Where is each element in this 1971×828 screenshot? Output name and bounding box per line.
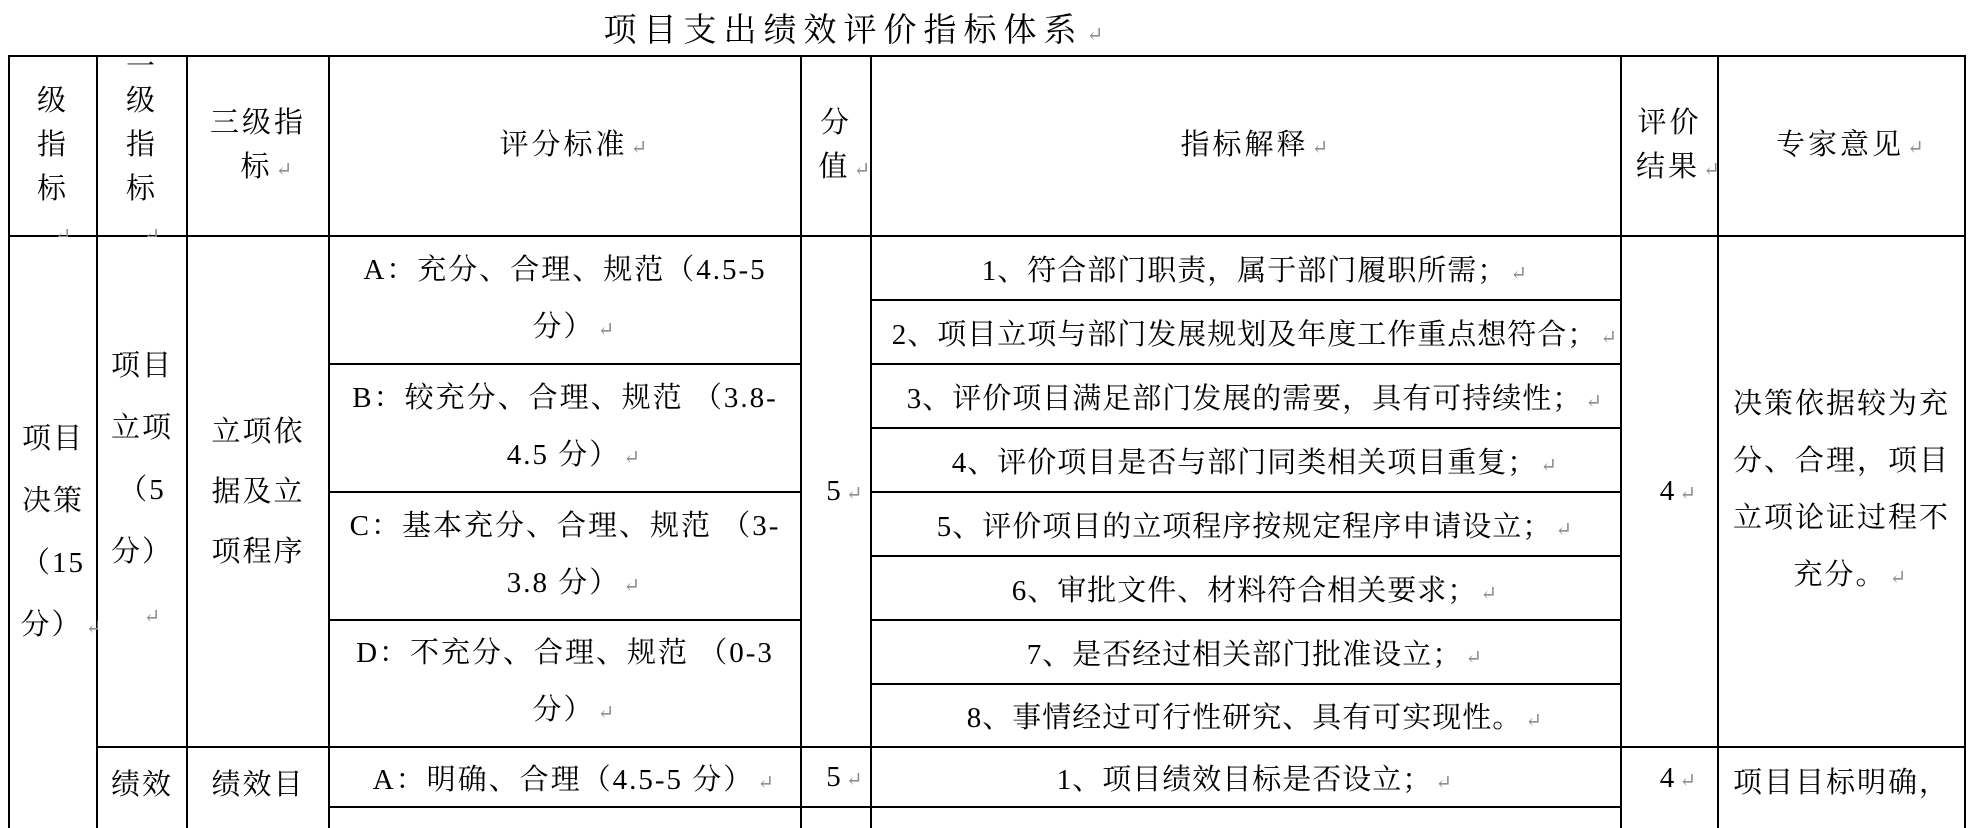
result-text: 4 bbox=[1660, 475, 1677, 507]
explanation-performance-1-text: 1、项目绩效目标是否设立； bbox=[1057, 764, 1433, 796]
cell-explanation-2: 2、项目立项与部门发展规划及年度工作重点想符合；↵ bbox=[872, 301, 1622, 365]
paragraph-mark-icon: ↵ bbox=[620, 558, 623, 615]
paragraph-mark-icon: ↵ bbox=[1537, 453, 1540, 478]
paragraph-mark-icon: ↵ bbox=[1084, 22, 1087, 47]
header-level2: 二级指标↵ bbox=[98, 57, 188, 237]
expert-performance-text: 项目目标明确， bbox=[1733, 767, 1950, 799]
header-result: 评价结果↵ bbox=[1622, 57, 1719, 237]
cell-result-initiation: 4↵ bbox=[1622, 237, 1719, 748]
paragraph-mark-icon: ↵ bbox=[141, 586, 144, 648]
paragraph-mark-icon: ↵ bbox=[1887, 550, 1890, 607]
paragraph-mark-icon: ↵ bbox=[1432, 770, 1435, 795]
cell-score-performance: 5↵ bbox=[802, 748, 872, 808]
cell-explanation-8: 8、事情经过可行性研究、具有可实现性。↵ bbox=[872, 685, 1622, 748]
cell-level3-performance: 绩效目 bbox=[188, 748, 330, 828]
cell-criteria-a: A：充分、合理、规范（4.5-5 分）↵ bbox=[330, 237, 802, 365]
paragraph-mark-icon: ↵ bbox=[628, 126, 631, 170]
cell-criteria-b: B：较充分、合理、规范 （3.8-4.5 分）↵ bbox=[330, 365, 802, 493]
indicator-table: 一级指标↵ 二级指标↵ 三级指标↵ 评分标准↵ 分值↵ 指标解释↵ 评价结果↵ … bbox=[8, 55, 1966, 828]
header-scoring-text: 评分标准 bbox=[499, 129, 627, 161]
level3-text: 立项依据及立项程序 bbox=[211, 416, 304, 568]
cell-criteria-a-performance: A：明确、合理（4.5-5 分）↵ bbox=[330, 748, 802, 808]
level2-text: 项目立项（5 分） bbox=[111, 350, 173, 568]
header-scoring: 评分标准↵ bbox=[330, 57, 802, 237]
criteria-a-text: A：充分、合理、规范（4.5-5 分） bbox=[363, 254, 766, 343]
score-performance-text: 5 bbox=[826, 761, 843, 793]
cell-criteria-d: D：不充分、合理、规范 （0-3 分）↵ bbox=[330, 621, 802, 748]
cell-explanation-performance-1: 1、项目绩效目标是否设立；↵ bbox=[872, 748, 1622, 808]
cell-criteria-c: C：基本充分、合理、规范 （3-3.8 分）↵ bbox=[330, 493, 802, 621]
document-page: 项目支出绩效评价指标体系↵ 一级指标↵ 二级指标↵ 三级指标↵ 评分标准↵ 分值… bbox=[0, 0, 1971, 828]
result-performance-text: 4 bbox=[1660, 762, 1677, 794]
explanation-3-text: 3、评价项目满足部门发展的需要，具有可持续性； bbox=[907, 383, 1583, 415]
paragraph-mark-icon: ↵ bbox=[1904, 126, 1907, 170]
paragraph-mark-icon: ↵ bbox=[595, 302, 598, 359]
paragraph-mark-icon: ↵ bbox=[1676, 768, 1679, 793]
explanation-4-text: 4、评价项目是否与部门同类相关项目重复； bbox=[952, 447, 1538, 479]
paragraph-mark-icon: ↵ bbox=[273, 148, 276, 192]
paragraph-mark-icon: ↵ bbox=[843, 481, 846, 506]
explanation-5-text: 5、评价项目的立项程序按规定程序申请设立； bbox=[937, 511, 1553, 543]
paragraph-mark-icon: ↵ bbox=[1700, 148, 1703, 192]
level3-performance-text: 绩效目 bbox=[211, 769, 304, 801]
header-expert-text: 专家意见 bbox=[1776, 129, 1904, 161]
paragraph-mark-icon: ↵ bbox=[1552, 517, 1555, 542]
cell-score-initiation: 5↵ bbox=[802, 237, 872, 748]
header-score-text: 分值 bbox=[818, 107, 852, 183]
header-expert: 专家意见↵ bbox=[1719, 57, 1966, 237]
header-level1: 一级指标↵ bbox=[10, 57, 98, 237]
paragraph-mark-icon: ↵ bbox=[595, 685, 598, 742]
cell-expert-performance: 项目目标明确， bbox=[1719, 748, 1966, 828]
paragraph-mark-icon: ↵ bbox=[1477, 581, 1480, 606]
cell-expert-initiation: 决策依据较为充分、合理，项目立项论证过程不充分。↵ bbox=[1719, 237, 1966, 748]
header-result-text: 评价结果 bbox=[1636, 107, 1702, 183]
paragraph-mark-icon: ↵ bbox=[1676, 481, 1679, 506]
criteria-a-performance-text: A：明确、合理（4.5-5 分） bbox=[373, 764, 755, 796]
criteria-c-text: C：基本充分、合理、规范 （3-3.8 分） bbox=[350, 510, 781, 599]
cell-explanation-4: 4、评价项目是否与部门同类相关项目重复；↵ bbox=[872, 429, 1622, 493]
header-level1-text: 一级指标 bbox=[37, 55, 69, 205]
cell-level2-project-initiation: 项目立项（5 分）↵ bbox=[98, 237, 188, 748]
paragraph-mark-icon: ↵ bbox=[620, 430, 623, 487]
cell-explanation-3: 3、评价项目满足部门发展的需要，具有可持续性；↵ bbox=[872, 365, 1622, 429]
paragraph-mark-icon: ↵ bbox=[83, 597, 86, 659]
header-score: 分值↵ bbox=[802, 57, 872, 237]
cell-level3-basis-procedure: 立项依据及立项程序 bbox=[188, 237, 330, 748]
paragraph-mark-icon: ↵ bbox=[1522, 708, 1525, 733]
paragraph-mark-icon: ↵ bbox=[1462, 645, 1465, 670]
cell-level1-project-decision: 项目决策（15 分）↵ bbox=[10, 237, 98, 828]
continuation-cell bbox=[330, 808, 802, 828]
cell-level2-performance: 绩效 bbox=[98, 748, 188, 828]
continuation-cell bbox=[802, 808, 872, 828]
score-text: 5 bbox=[826, 475, 843, 507]
header-level3: 三级指标↵ bbox=[188, 57, 330, 237]
header-explanation-text: 指标解释 bbox=[1180, 129, 1308, 161]
document-title: 项目支出绩效评价指标体系↵ bbox=[0, 4, 1690, 51]
paragraph-mark-icon: ↵ bbox=[851, 148, 854, 192]
header-level2-text: 二级指标 bbox=[126, 55, 158, 205]
explanation-2-text: 2、项目立项与部门发展规划及年度工作重点想符合； bbox=[892, 319, 1598, 351]
criteria-d-text: D：不充分、合理、规范 （0-3 分） bbox=[356, 637, 774, 726]
explanation-8-text: 8、事情经过可行性研究、具有可实现性。 bbox=[967, 702, 1523, 734]
document-title-text: 项目支出绩效评价指标体系 bbox=[604, 13, 1084, 49]
cell-explanation-6: 6、审批文件、材料符合相关要求；↵ bbox=[872, 557, 1622, 621]
level2-performance-text: 绩效 bbox=[111, 769, 173, 801]
paragraph-mark-icon: ↵ bbox=[1597, 325, 1600, 350]
level1-text: 项目决策（15 分） bbox=[20, 423, 85, 641]
explanation-6-text: 6、审批文件、材料符合相关要求； bbox=[1012, 575, 1478, 607]
header-explanation: 指标解释↵ bbox=[872, 57, 1622, 237]
paragraph-mark-icon: ↵ bbox=[1309, 126, 1312, 170]
cell-explanation-5: 5、评价项目的立项程序按规定程序申请设立；↵ bbox=[872, 493, 1622, 557]
explanation-1-text: 1、符合部门职责，属于部门履职所需； bbox=[982, 255, 1508, 287]
paragraph-mark-icon: ↵ bbox=[843, 767, 846, 792]
paragraph-mark-icon: ↵ bbox=[1582, 389, 1585, 414]
expert-text: 决策依据较为充分、合理，项目立项论证过程不充分。 bbox=[1733, 388, 1950, 591]
paragraph-mark-icon: ↵ bbox=[754, 770, 757, 795]
cell-explanation-1: 1、符合部门职责，属于部门履职所需；↵ bbox=[872, 237, 1622, 301]
paragraph-mark-icon: ↵ bbox=[1507, 261, 1510, 286]
explanation-7-text: 7、是否经过相关部门批准设立； bbox=[1027, 639, 1463, 671]
criteria-b-text: B：较充分、合理、规范 （3.8-4.5 分） bbox=[352, 382, 778, 471]
cell-explanation-7: 7、是否经过相关部门批准设立；↵ bbox=[872, 621, 1622, 685]
cell-result-performance: 4↵ bbox=[1622, 748, 1719, 828]
continuation-cell bbox=[872, 808, 1622, 828]
